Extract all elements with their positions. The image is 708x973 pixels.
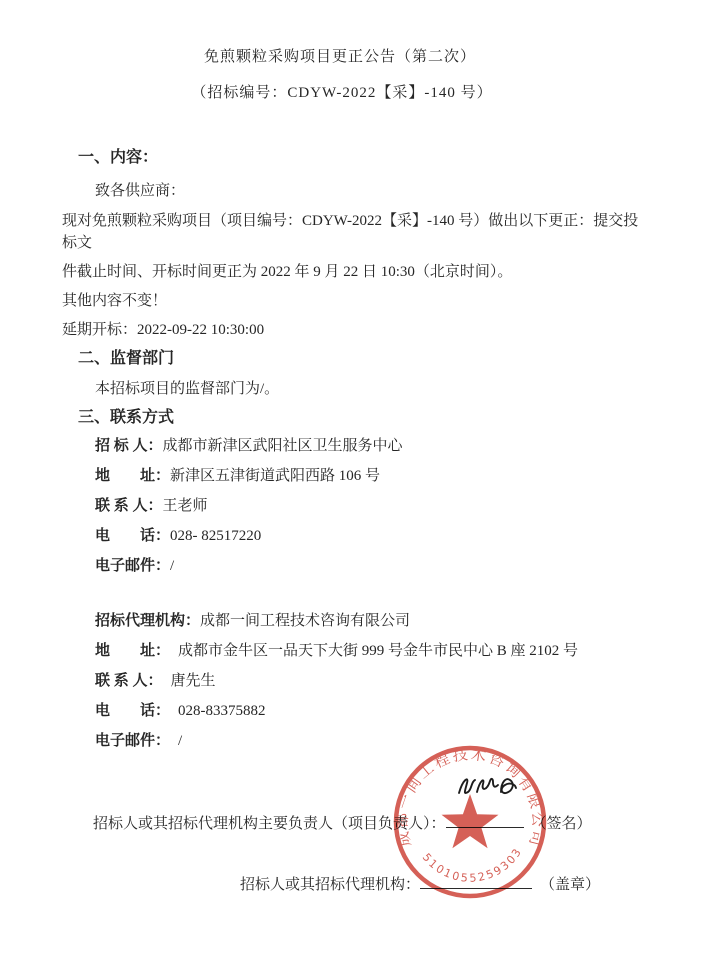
agency-phone-value: 028-83375882 xyxy=(170,703,266,719)
supervision-text: 本招标项目的监督部门为/。 xyxy=(62,378,650,400)
agency-email-row: 电子邮件：/ xyxy=(62,730,650,752)
tenderer-email-label: 电子邮件： xyxy=(95,558,170,574)
agency-email-value: / xyxy=(170,733,182,749)
agency-address-row: 地 址：成都市金牛区一品天下大街 999 号金牛市民中心 B 座 2102 号 xyxy=(62,640,650,662)
tenderer-person-label: 联 系 人： xyxy=(95,498,163,514)
tenderer-contact-block: 招 标 人：成都市新津区武阳社区卫生服务中心 地 址：新津区五津街道武阳西路 1… xyxy=(62,435,650,577)
section-heading-content: 一、内容： xyxy=(62,147,650,169)
agency-person-value: 唐先生 xyxy=(163,673,216,689)
stamp-star xyxy=(442,794,499,848)
agency-person-label: 联 系 人： xyxy=(95,673,163,689)
agency-address-label: 地 址： xyxy=(95,643,170,659)
postponed-label: 延期开标： xyxy=(62,322,137,338)
document-page: 免煎颗粒采购项目更正公告（第二次） （招标编号：CDYW-2022【采】-140… xyxy=(0,0,708,973)
tenderer-phone-value: 028- 82517220 xyxy=(170,528,261,544)
salutation: 致各供应商： xyxy=(62,180,650,202)
tenderer-address-value: 新津区五津街道武阳西路 106 号 xyxy=(170,468,380,484)
tenderer-address-row: 地 址：新津区五津街道武阳西路 106 号 xyxy=(62,465,650,487)
postponed-value: 2022-09-22 10:30:00 xyxy=(137,322,264,338)
section-heading-supervision: 二、监督部门 xyxy=(62,348,650,370)
agency-contact-block: 招标代理机构：成都一间工程技术咨询有限公司 地 址：成都市金牛区一品天下大街 9… xyxy=(62,610,650,752)
stamp-serial-number: 5101055259303 xyxy=(420,845,525,885)
tenderer-name-value: 成都市新津区武阳社区卫生服务中心 xyxy=(163,438,403,454)
signoff-org-line: 招标人或其招标代理机构：（盖章） xyxy=(62,871,650,896)
tenderer-email-value: / xyxy=(170,558,174,574)
unchanged-note: 其他内容不变！ xyxy=(62,290,650,312)
doc-subtitle: （招标编号：CDYW-2022【采】-140 号） xyxy=(48,82,636,104)
tenderer-name-label: 招 标 人： xyxy=(95,438,163,454)
signoff-principal-line: 招标人或其招标代理机构主要负责人（项目负责人）：（签名） xyxy=(62,810,650,835)
tenderer-name-row: 招 标 人：成都市新津区武阳社区卫生服务中心 xyxy=(62,435,650,457)
tenderer-person-value: 王老师 xyxy=(163,498,208,514)
agency-name-value: 成都一间工程技术咨询有限公司 xyxy=(200,613,410,629)
doc-title: 免煎颗粒采购项目更正公告（第二次） xyxy=(46,46,634,68)
correction-paragraph-line2: 件截止时间、开标时间更正为 2022 年 9 月 22 日 10:30（北京时间… xyxy=(62,261,650,283)
company-stamp: 成都一间工程技术咨询有限公司 5101055259303 xyxy=(390,742,550,902)
section-heading-contact: 三、联系方式 xyxy=(62,407,650,429)
svg-text:5101055259303: 5101055259303 xyxy=(420,845,525,885)
tenderer-phone-row: 电 话：028- 82517220 xyxy=(62,525,650,547)
agency-email-label: 电子邮件： xyxy=(95,733,170,749)
tenderer-address-label: 地 址： xyxy=(95,468,170,484)
postponed-opening: 延期开标：2022-09-22 10:30:00 xyxy=(62,319,650,341)
agency-name-label: 招标代理机构： xyxy=(95,613,200,629)
correction-paragraph-line1: 现对免煎颗粒采购项目（项目编号：CDYW-2022【采】-140 号）做出以下更… xyxy=(62,210,650,254)
tenderer-person-row: 联 系 人：王老师 xyxy=(62,495,650,517)
tenderer-email-row: 电子邮件：/ xyxy=(62,555,650,577)
agency-phone-label: 电 话： xyxy=(95,703,170,719)
agency-person-row: 联 系 人：唐先生 xyxy=(62,670,650,692)
tenderer-phone-label: 电 话： xyxy=(95,528,170,544)
agency-phone-row: 电 话：028-83375882 xyxy=(62,700,650,722)
agency-name-row: 招标代理机构：成都一间工程技术咨询有限公司 xyxy=(62,610,650,632)
agency-address-value: 成都市金牛区一品天下大街 999 号金牛市民中心 B 座 2102 号 xyxy=(170,643,578,659)
